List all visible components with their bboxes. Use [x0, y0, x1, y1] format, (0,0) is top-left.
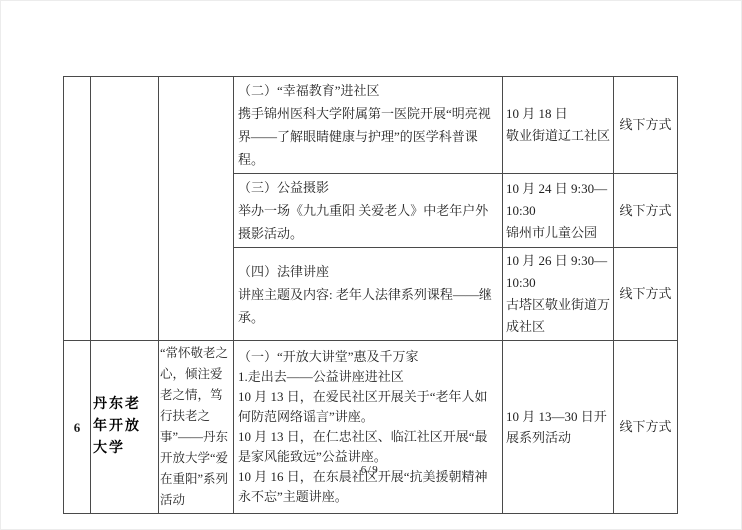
activities-table: （二）“幸福教育”进社区 携手锦州医科大学附属第一医院开展“明亮视界——了解眼睛… — [63, 76, 678, 514]
schedule-location: 古塔区敬业街道万成社区 — [506, 294, 610, 338]
row-number-cell: 6 — [64, 341, 91, 514]
activity-content-cell: （三）公益摄影 举办一场《九九重阳 关爱老人》中老年户外摄影活动。 — [234, 174, 503, 248]
activity-description: 讲座主题及内容: 老年人法律系列课程——继承。 — [238, 283, 498, 329]
method-cell: 线下方式 — [614, 248, 678, 341]
theme-cell-continued — [159, 77, 234, 341]
schedule-cell: 10 月 13—30 日开展系列活动 — [503, 341, 614, 514]
activity-content-cell: （一）“开放大讲堂”惠及千万家 1.走出去——公益讲座进社区 10 月 13 日… — [234, 341, 503, 514]
method-cell: 线下方式 — [614, 77, 678, 174]
schedule-date: 10 月 13—30 日开展系列活动 — [506, 406, 610, 448]
activity-item: 10 月 13 日，在仁忠社区、临江社区开展“最是家风能致远”公益讲座。 — [238, 427, 498, 467]
document-page: { "page": { "footer_page_number": "6/9" … — [0, 0, 742, 530]
activity-title: （一）“开放大讲堂”惠及千万家 — [238, 347, 498, 367]
organization-cell: 丹东老年开放大学 — [91, 341, 159, 514]
row-number-cell-continued — [64, 77, 91, 341]
activity-subtitle: 1.走出去——公益讲座进社区 — [238, 367, 498, 387]
schedule-cell: 10 月 18 日 敬业街道辽工社区 — [503, 77, 614, 174]
activity-item: 10 月 13 日，在爱民社区开展关于“老年人如何防范网络谣言”讲座。 — [238, 387, 498, 427]
table-row: （二）“幸福教育”进社区 携手锦州医科大学附属第一医院开展“明亮视界——了解眼睛… — [64, 77, 678, 174]
activity-title: （四）法律讲座 — [238, 260, 498, 283]
activity-description: 举办一场《九九重阳 关爱老人》中老年户外摄影活动。 — [238, 199, 498, 245]
schedule-date: 10 月 24 日 9:30—10:30 — [506, 178, 610, 222]
activity-content-cell: （四）法律讲座 讲座主题及内容: 老年人法律系列课程——继承。 — [234, 248, 503, 341]
organization-cell-continued — [91, 77, 159, 341]
theme-cell: “常怀敬老之心，倾注爱老之情，笃行扶老之事”——丹东开放大学“爱在重阳”系列活动 — [159, 341, 234, 514]
method-cell: 线下方式 — [614, 341, 678, 514]
activity-title: （二）“幸福教育”进社区 — [238, 79, 498, 102]
method-cell: 线下方式 — [614, 174, 678, 248]
table-row: 6 丹东老年开放大学 “常怀敬老之心，倾注爱老之情，笃行扶老之事”——丹东开放大… — [64, 341, 678, 514]
schedule-date: 10 月 26 日 9:30—10:30 — [506, 250, 610, 294]
schedule-date: 10 月 18 日 — [506, 103, 610, 125]
schedule-location: 敬业街道辽工社区 — [506, 125, 610, 147]
activity-description: 携手锦州医科大学附属第一医院开展“明亮视界——了解眼睛健康与护理”的医学科普课程… — [238, 102, 498, 171]
activity-content-cell: （二）“幸福教育”进社区 携手锦州医科大学附属第一医院开展“明亮视界——了解眼睛… — [234, 77, 503, 174]
schedule-location: 锦州市儿童公园 — [506, 222, 610, 244]
page-number: 6/9 — [63, 464, 677, 476]
schedule-cell: 10 月 26 日 9:30—10:30 古塔区敬业街道万成社区 — [503, 248, 614, 341]
schedule-cell: 10 月 24 日 9:30—10:30 锦州市儿童公园 — [503, 174, 614, 248]
activity-title: （三）公益摄影 — [238, 176, 498, 199]
